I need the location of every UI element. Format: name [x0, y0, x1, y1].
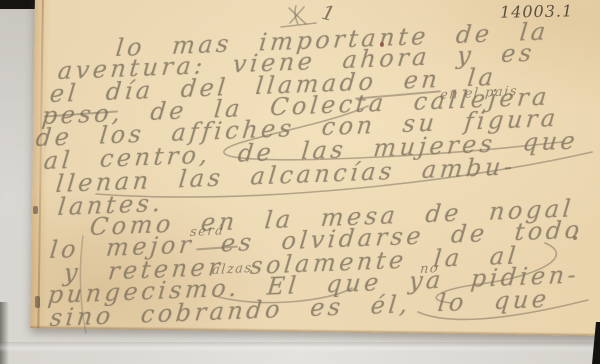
binding-notch: [33, 206, 38, 214]
paper-speck: [573, 236, 577, 240]
scan-edge-top-left: [0, 0, 38, 9]
insertion-alzas: alzas: [211, 261, 253, 278]
insertion-sera: será: [189, 223, 225, 240]
backing-sheet-fold: [0, 342, 600, 352]
paper-speck: [380, 42, 384, 47]
archive-number: 14003.1: [500, 1, 573, 21]
binding-notch: [35, 296, 40, 308]
scan-edge-bottom-left: [0, 302, 9, 364]
insertion-no: no: [419, 261, 439, 277]
